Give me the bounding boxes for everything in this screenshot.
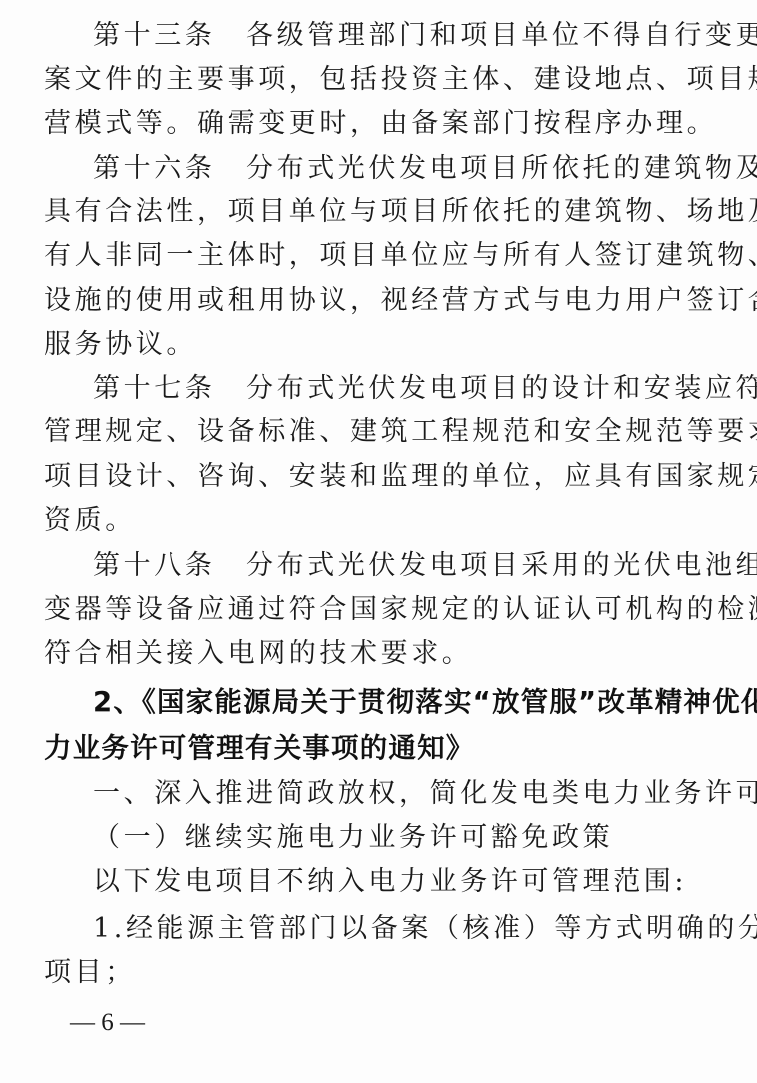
text-line: 第十八条 分布式光伏发电项目采用的光伏电池组件、逆	[93, 546, 704, 586]
text-line: 有人非同一主体时，项目单位应与所有人签订建筑物、场地及	[44, 236, 704, 276]
text-line: 第十七条 分布式光伏发电项目的设计和安装应符合有关	[93, 369, 704, 409]
page-number: — 6 —	[70, 1008, 145, 1038]
text-line: 变器等设备应通过符合国家规定的认证认可机构的检测认证，	[44, 590, 704, 630]
text-line: 项目设计、咨询、安装和监理的单位，应具有国家规定的相应	[44, 457, 704, 497]
text-line: 符合相关接入电网的技术要求。	[44, 634, 704, 674]
text-line: 管理规定、设备标准、建筑工程规范和安全规范等要求。承担	[44, 412, 704, 452]
text-line: 服务协议。	[44, 325, 704, 365]
text-line: 第十三条 各级管理部门和项目单位不得自行变更项目备	[93, 16, 704, 56]
text-line: 营模式等。确需变更时，由备案部门按程序办理。	[44, 104, 704, 144]
text-line: 案文件的主要事项，包括投资主体、建设地点、项目规模、运	[44, 60, 704, 100]
text-line: 具有合法性，项目单位与项目所依托的建筑物、场地及设施所	[44, 192, 704, 232]
section-heading-line: 2、《国家能源局关于贯彻落实“放管服”改革精神优化电	[93, 682, 704, 722]
document-page: 第十三条 各级管理部门和项目单位不得自行变更项目备案文件的主要事项，包括投资主体…	[0, 0, 757, 1083]
section-heading-line: 力业务许可管理有关事项的通知》	[44, 728, 704, 768]
text-line: （一）继续实施电力业务许可豁免政策	[93, 818, 704, 858]
text-line: 资质。	[44, 501, 704, 541]
text-line: 以下发电项目不纳入电力业务许可管理范围:	[93, 862, 704, 902]
text-line: 一、深入推进简政放权，简化发电类电力业务许可管理	[93, 774, 704, 814]
text-line: 1.经能源主管部门以备案（核准）等方式明确的分布式发电	[93, 909, 704, 949]
text-line: 设施的使用或租用协议，视经营方式与电力用户签订合同能源	[44, 281, 704, 321]
text-line: 第十六条 分布式光伏发电项目所依托的建筑物及设施应	[93, 149, 704, 189]
text-line: 项目；	[44, 953, 704, 993]
